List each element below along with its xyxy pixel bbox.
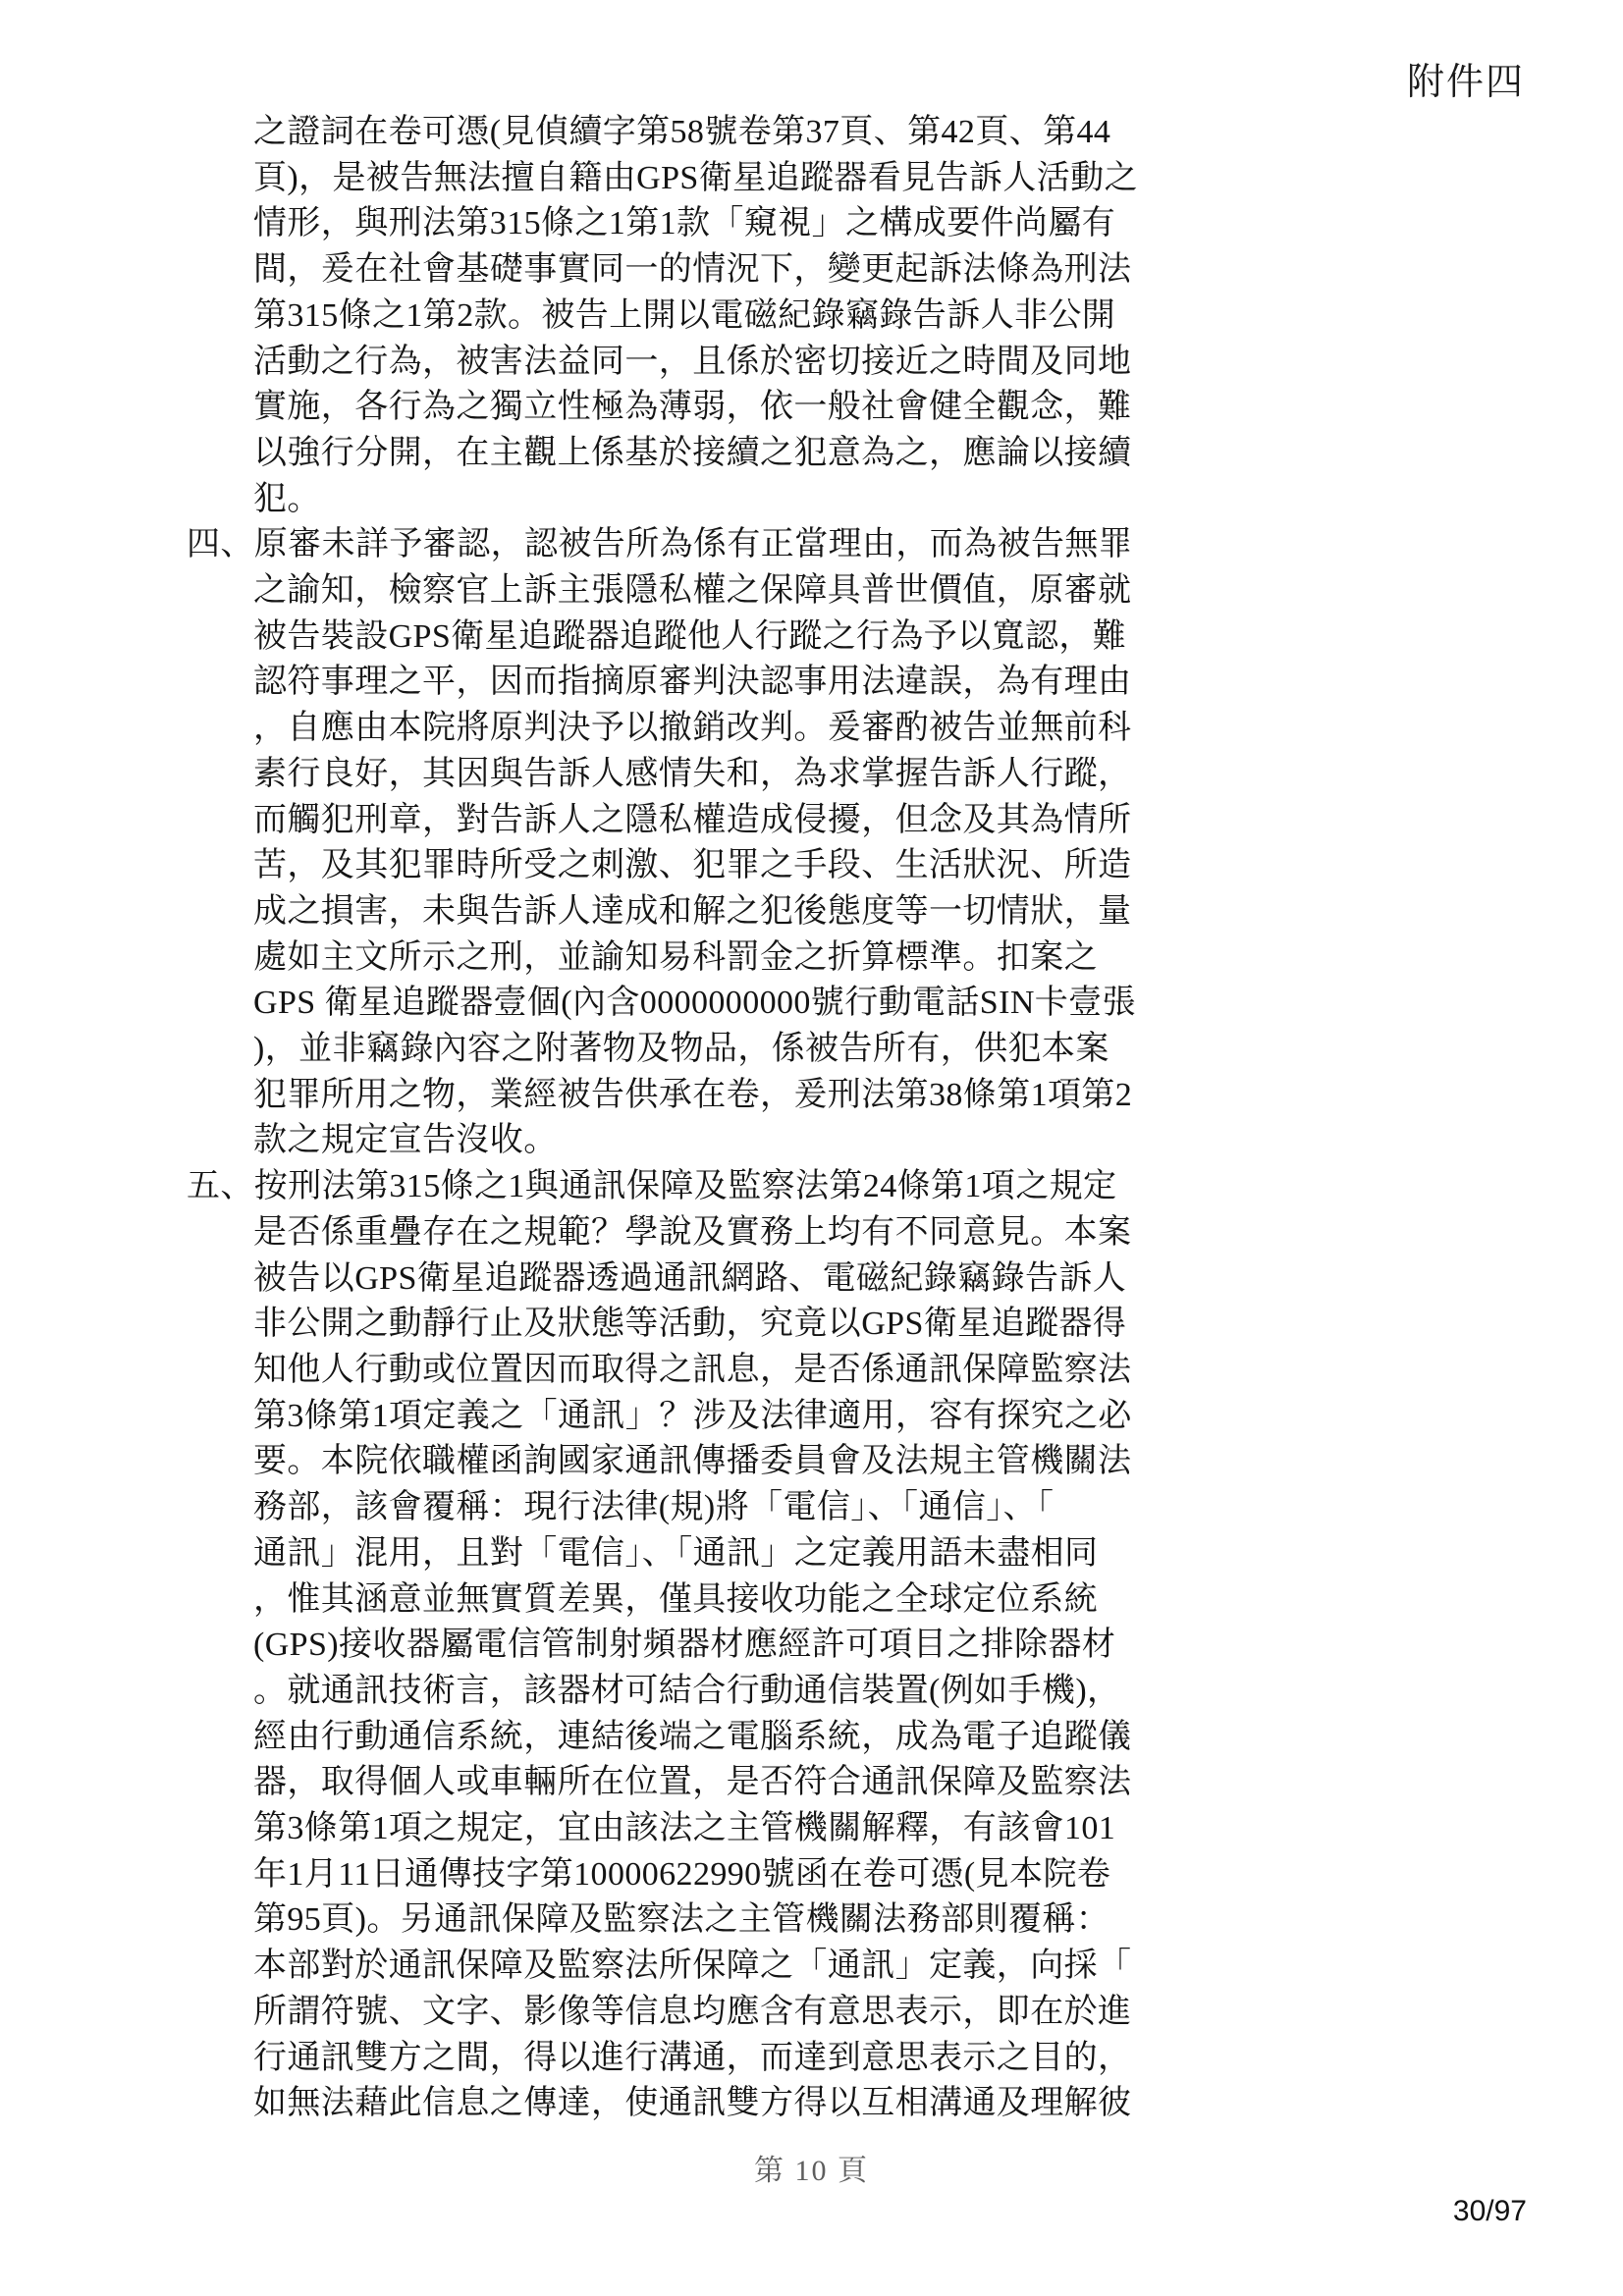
text-line: 如無法藉此信息之傳達，使通訊雙方得以互相溝通及理解彼 (187, 2081, 1159, 2127)
text-line: 苦，及其犯罪時所受之刺激、犯罪之手段、生活狀況、所造 (187, 843, 1159, 889)
text-line: 而觸犯刑章，對告訴人之隱私權造成侵擾，但念及其為情所 (187, 798, 1159, 844)
attachment-label: 附件四 (1407, 51, 1525, 105)
text-line: 第315條之1第2款。被告上開以電磁紀錄竊錄告訴人非公開 (187, 294, 1159, 340)
text-line: 四、原審未詳予審認，認被告所為係有正當理由，而為被告無罪 (187, 522, 1159, 568)
text-line: 器，取得個人或車輛所在位置，是否符合通訊保障及監察法 (187, 1760, 1159, 1806)
text-line: 情形，與刑法第315條之1第1款「窺視」之構成要件尚屬有 (187, 201, 1159, 247)
text-line: 。就通訊技術言，該器材可結合行動通信裝置(例如手機)， (187, 1669, 1159, 1715)
text-line: 務部，該會覆稱：現行法律(規)將「電信」、「通信」、「 (187, 1485, 1159, 1531)
text-line: GPS 衛星追蹤器壹個(內含0000000000號行動電話SIN卡壹張 (187, 981, 1159, 1027)
text-line: 年1月11日通傳技字第10000622990號函在卷可憑(見本院卷 (187, 1852, 1159, 1898)
text-line: 活動之行為，被害法益同一，且係於密切接近之時間及同地 (187, 340, 1159, 386)
text-line: 通訊」混用，且對「電信」、「通訊」之定義用語未盡相同 (187, 1531, 1159, 1577)
text-line: 要。本院依職權函詢國家通訊傳播委員會及法規主管機關法 (187, 1439, 1159, 1485)
page-indicator: 30/97 (1453, 2195, 1527, 2228)
text-line: 五、按刑法第315條之1與通訊保障及監察法第24條第1項之規定 (187, 1164, 1159, 1210)
text-line: 之證詞在卷可憑(見偵續字第58號卷第37頁、第42頁、第44 (187, 110, 1159, 156)
page-number-footer: 第 10 頁 (0, 2146, 1623, 2189)
document-body: 之證詞在卷可憑(見偵續字第58號卷第37頁、第42頁、第44頁)，是被告無法擅自… (187, 110, 1159, 2127)
text-line: 第3條第1項之規定，宜由該法之主管機關解釋，有該會101 (187, 1806, 1159, 1852)
text-line: 所謂符號、文字、影像等信息均應含有意思表示，即在於進 (187, 1990, 1159, 2036)
text-line: 是否係重疊存在之規範？學說及實務上均有不同意見。本案 (187, 1210, 1159, 1256)
text-line: 間，爰在社會基礎事實同一的情況下，變更起訴法條為刑法 (187, 247, 1159, 294)
text-line: )，並非竊錄內容之附著物及物品，係被告所有，供犯本案 (187, 1027, 1159, 1073)
text-line: 實施，各行為之獨立性極為薄弱，依一般社會健全觀念，難 (187, 385, 1159, 431)
text-line: ，惟其涵意並無實質差異，僅具接收功能之全球定位系統 (187, 1577, 1159, 1624)
text-line: 第3條第1項定義之「通訊」？涉及法律適用，容有探究之必 (187, 1394, 1159, 1440)
text-line: 之諭知，檢察官上訴主張隱私權之保障具普世價值，原審就 (187, 568, 1159, 614)
text-line: 犯罪所用之物，業經被告供承在卷，爰刑法第38條第1項第2 (187, 1073, 1159, 1119)
text-line: 以強行分開，在主觀上係基於接續之犯意為之，應論以接續 (187, 431, 1159, 477)
text-line: 素行良好，其因與告訴人感情失和，為求掌握告訴人行蹤， (187, 752, 1159, 798)
text-line: 知他人行動或位置因而取得之訊息，是否係通訊保障監察法 (187, 1348, 1159, 1394)
text-line: 行通訊雙方之間，得以進行溝通，而達到意思表示之目的， (187, 2036, 1159, 2082)
text-line: 被告裝設GPS衛星追蹤器追蹤他人行蹤之行為予以寬認，難 (187, 614, 1159, 661)
text-line: ，自應由本院將原判決予以撤銷改判。爰審酌被告並無前科 (187, 706, 1159, 752)
text-line: 本部對於通訊保障及監察法所保障之「通訊」定義，向採「 (187, 1944, 1159, 1990)
text-line: 頁)，是被告無法擅自籍由GPS衛星追蹤器看見告訴人活動之 (187, 156, 1159, 202)
text-line: 款之規定宣告沒收。 (187, 1118, 1159, 1164)
text-line: 被告以GPS衛星追蹤器透過通訊網路、電磁紀錄竊錄告訴人 (187, 1256, 1159, 1303)
text-line: 認符事理之平，因而指摘原審判決認事用法違誤，為有理由 (187, 660, 1159, 706)
document-page: 附件四 之證詞在卷可憑(見偵續字第58號卷第37頁、第42頁、第44頁)，是被告… (0, 0, 1623, 2296)
text-line: 犯。 (187, 477, 1159, 523)
text-line: 成之損害，未與告訴人達成和解之犯後態度等一切情狀，量 (187, 889, 1159, 935)
text-line: 第95頁)。另通訊保障及監察法之主管機關法務部則覆稱： (187, 1897, 1159, 1944)
text-line: 非公開之動靜行止及狀態等活動，究竟以GPS衛星追蹤器得 (187, 1302, 1159, 1348)
text-line: 處如主文所示之刑，並諭知易科罰金之折算標準。扣案之 (187, 935, 1159, 982)
text-line: 經由行動通信系統，連結後端之電腦系統，成為電子追蹤儀 (187, 1715, 1159, 1761)
text-line: (GPS)接收器屬電信管制射頻器材應經許可項目之排除器材 (187, 1623, 1159, 1669)
